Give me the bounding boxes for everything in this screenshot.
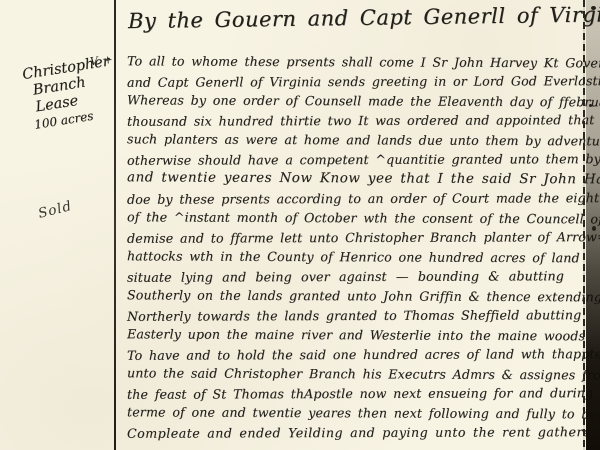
page-gutter-band <box>586 0 600 450</box>
manuscript-body: To all to whome these prsents shall come… <box>127 52 583 442</box>
manuscript-line: otherwise should have a competent ^quant… <box>127 149 583 170</box>
manuscript-line: doe by these prsents according to an ord… <box>127 188 583 209</box>
manuscript-line: Whereas by one order of Counsell made th… <box>127 90 583 111</box>
manuscript-line: To all to whome these prsents shall come… <box>127 51 583 72</box>
manuscript-line: Easterly upon the maine river and Wester… <box>127 324 583 345</box>
manuscript-line: situate lying and being over against — b… <box>127 266 583 287</box>
manuscript-line: such planters as were at home and lands … <box>127 129 583 150</box>
manuscript-line: terme of one and twentie yeares then nex… <box>127 402 583 423</box>
manuscript-line: Northerly towards the lands granted to T… <box>127 305 583 326</box>
manuscript-line: the feast of St Thomas thApostle now nex… <box>127 383 583 404</box>
document-title: By the Gouern and Capt Generll of Virgin… <box>128 3 578 33</box>
manuscript-line: To have and to hold the said one hundred… <box>127 344 583 365</box>
manuscript-line: Compleate and ended Yeilding and paying … <box>127 422 583 443</box>
page-gutter-line <box>583 0 585 450</box>
ink-speck <box>589 104 592 107</box>
manuscript-line: and Capt Generll of Virginia sends greet… <box>127 71 583 92</box>
ink-speck <box>591 6 596 10</box>
manuscript-page: By the Gouern and Capt Generll of Virgin… <box>0 0 600 450</box>
manuscript-line: thousand six hundred thirtie two It was … <box>127 110 583 131</box>
ink-speck <box>592 226 596 231</box>
manuscript-line: Southerly on the lands granted unto John… <box>127 285 583 306</box>
manuscript-line: and twentie yeares Now Know yee that I t… <box>127 168 583 189</box>
manuscript-line: unto the said Christopher Branch his Exe… <box>127 363 583 384</box>
manuscript-line: demise and to ffarme lett unto Christoph… <box>127 227 583 248</box>
margin-scribble: Sold <box>37 198 74 222</box>
manuscript-line: of the ^instant month of October wth the… <box>127 207 583 228</box>
manuscript-line: hattocks wth in the County of Henrico on… <box>127 246 583 267</box>
margin-annotation: Christopher Branch Lease 100 acres <box>21 54 119 135</box>
margin-rule-line <box>114 0 116 450</box>
